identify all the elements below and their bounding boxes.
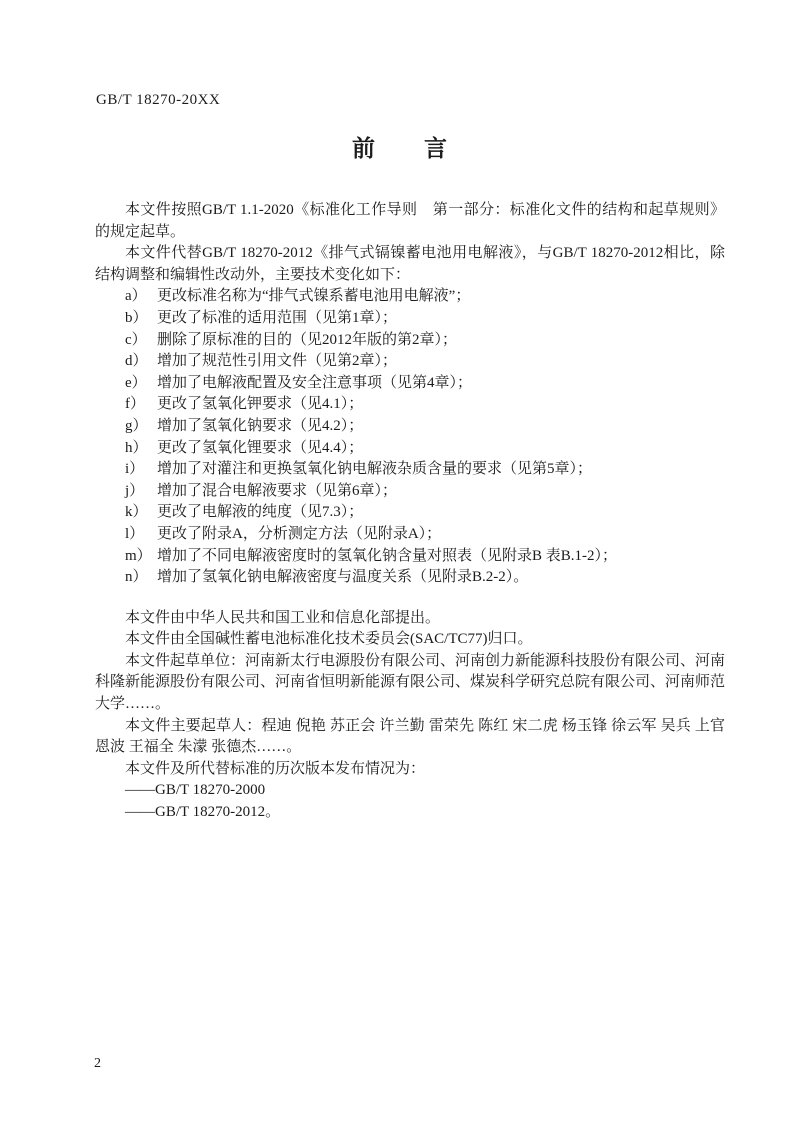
page-number: 2: [94, 1056, 101, 1072]
change-label: n）: [125, 567, 157, 589]
change-text: 更改标准名称为“排气式镍系蓄电池用电解液”；: [157, 286, 725, 308]
change-text: 增加了氢氧化钠电解液密度与温度关系（见附录B.2-2）。: [157, 567, 725, 589]
change-label: m）: [125, 546, 157, 568]
drafting-rule-statement: 本文件按照GB/T 1.1-2020《标准化工作导则 第一部分：标准化文件的结构…: [95, 200, 725, 243]
standard-number: GB/T 18270-20XX: [96, 92, 220, 109]
change-item: l） 更改了附录A，分析测定方法（见附录A）；: [125, 524, 725, 546]
change-item: e） 增加了电解液配置及安全注意事项（见第4章）；: [125, 373, 725, 395]
change-item: d） 增加了规范性引用文件（见第2章）；: [125, 351, 725, 373]
change-label: g）: [125, 416, 157, 438]
foreword-title: 前 言: [0, 130, 800, 163]
change-text: 更改了氢氧化锂要求（见4.4）；: [157, 438, 725, 460]
change-item: g） 增加了氢氧化钠要求（见4.2）；: [125, 416, 725, 438]
change-item: c） 删除了原标准的目的（见2012年版的第2章）；: [125, 330, 725, 352]
edition-history-intro: 本文件及所代替标准的历次版本发布情况为：: [95, 759, 725, 781]
change-item: i） 增加了对灌注和更换氢氧化钠电解液杂质含量的要求（见第5章）；: [125, 459, 725, 481]
change-item: b） 更改了标准的适用范围（见第1章）；: [125, 308, 725, 330]
centralized-by-statement: 本文件由全国碱性蓄电池标准化技术委员会(SAC/TC77)归口。: [95, 629, 725, 651]
change-text: 增加了规范性引用文件（见第2章）；: [157, 351, 725, 373]
change-item: a） 更改标准名称为“排气式镍系蓄电池用电解液”；: [125, 286, 725, 308]
change-label: i）: [125, 459, 157, 481]
change-text: 更改了附录A，分析测定方法（见附录A）；: [157, 524, 725, 546]
replacement-statement: 本文件代替GB/T 18270-2012《排气式镉镍蓄电池用电解液》，与GB/T…: [95, 243, 725, 286]
change-text: 更改了电解液的纯度（见7.3）；: [157, 502, 725, 524]
change-label: h）: [125, 438, 157, 460]
change-label: c）: [125, 330, 157, 352]
change-label: l）: [125, 524, 157, 546]
edition-item: ——GB/T 18270-2000: [95, 780, 725, 802]
edition-history-list: ——GB/T 18270-2000 ——GB/T 18270-2012。: [95, 780, 725, 823]
change-text: 更改了氢氧化钾要求（见4.1）；: [157, 394, 725, 416]
change-item: n） 增加了氢氧化钠电解液密度与温度关系（见附录B.2-2）。: [125, 567, 725, 589]
edition-item: ——GB/T 18270-2012。: [95, 802, 725, 824]
document-body: 本文件按照GB/T 1.1-2020《标准化工作导则 第一部分：标准化文件的结构…: [95, 200, 725, 824]
change-text: 增加了不同电解液密度时的氢氧化钠含量对照表（见附录B 表B.1-2）；: [157, 546, 725, 568]
change-text: 删除了原标准的目的（见2012年版的第2章）；: [157, 330, 725, 352]
change-item: h） 更改了氢氧化锂要求（见4.4）；: [125, 438, 725, 460]
proposed-by-statement: 本文件由中华人民共和国工业和信息化部提出。: [95, 608, 725, 630]
change-label: d）: [125, 351, 157, 373]
main-drafters-statement: 本文件主要起草人：程迪 倪艳 苏正会 许兰勤 雷荣先 陈红 宋二虎 杨玉锋 徐云…: [95, 716, 725, 759]
technical-changes-list: a） 更改标准名称为“排气式镍系蓄电池用电解液”； b） 更改了标准的适用范围（…: [125, 286, 725, 588]
change-label: j）: [125, 481, 157, 503]
change-text: 更改了标准的适用范围（见第1章）；: [157, 308, 725, 330]
change-item: m） 增加了不同电解液密度时的氢氧化钠含量对照表（见附录B 表B.1-2）；: [125, 546, 725, 568]
change-label: f）: [125, 394, 157, 416]
change-label: a）: [125, 286, 157, 308]
change-item: j） 增加了混合电解液要求（见第6章）；: [125, 481, 725, 503]
change-label: k）: [125, 502, 157, 524]
change-text: 增加了电解液配置及安全注意事项（见第4章）；: [157, 373, 725, 395]
change-label: b）: [125, 308, 157, 330]
change-item: k） 更改了电解液的纯度（见7.3）；: [125, 502, 725, 524]
change-item: f） 更改了氢氧化钾要求（见4.1）；: [125, 394, 725, 416]
change-text: 增加了混合电解液要求（见第6章）；: [157, 481, 725, 503]
drafting-organizations-statement: 本文件起草单位：河南新太行电源股份有限公司、河南创力新能源科技股份有限公司、河南…: [95, 651, 725, 716]
change-text: 增加了氢氧化钠要求（见4.2）；: [157, 416, 725, 438]
change-label: e）: [125, 373, 157, 395]
change-text: 增加了对灌注和更换氢氧化钠电解液杂质含量的要求（见第5章）；: [157, 459, 725, 481]
